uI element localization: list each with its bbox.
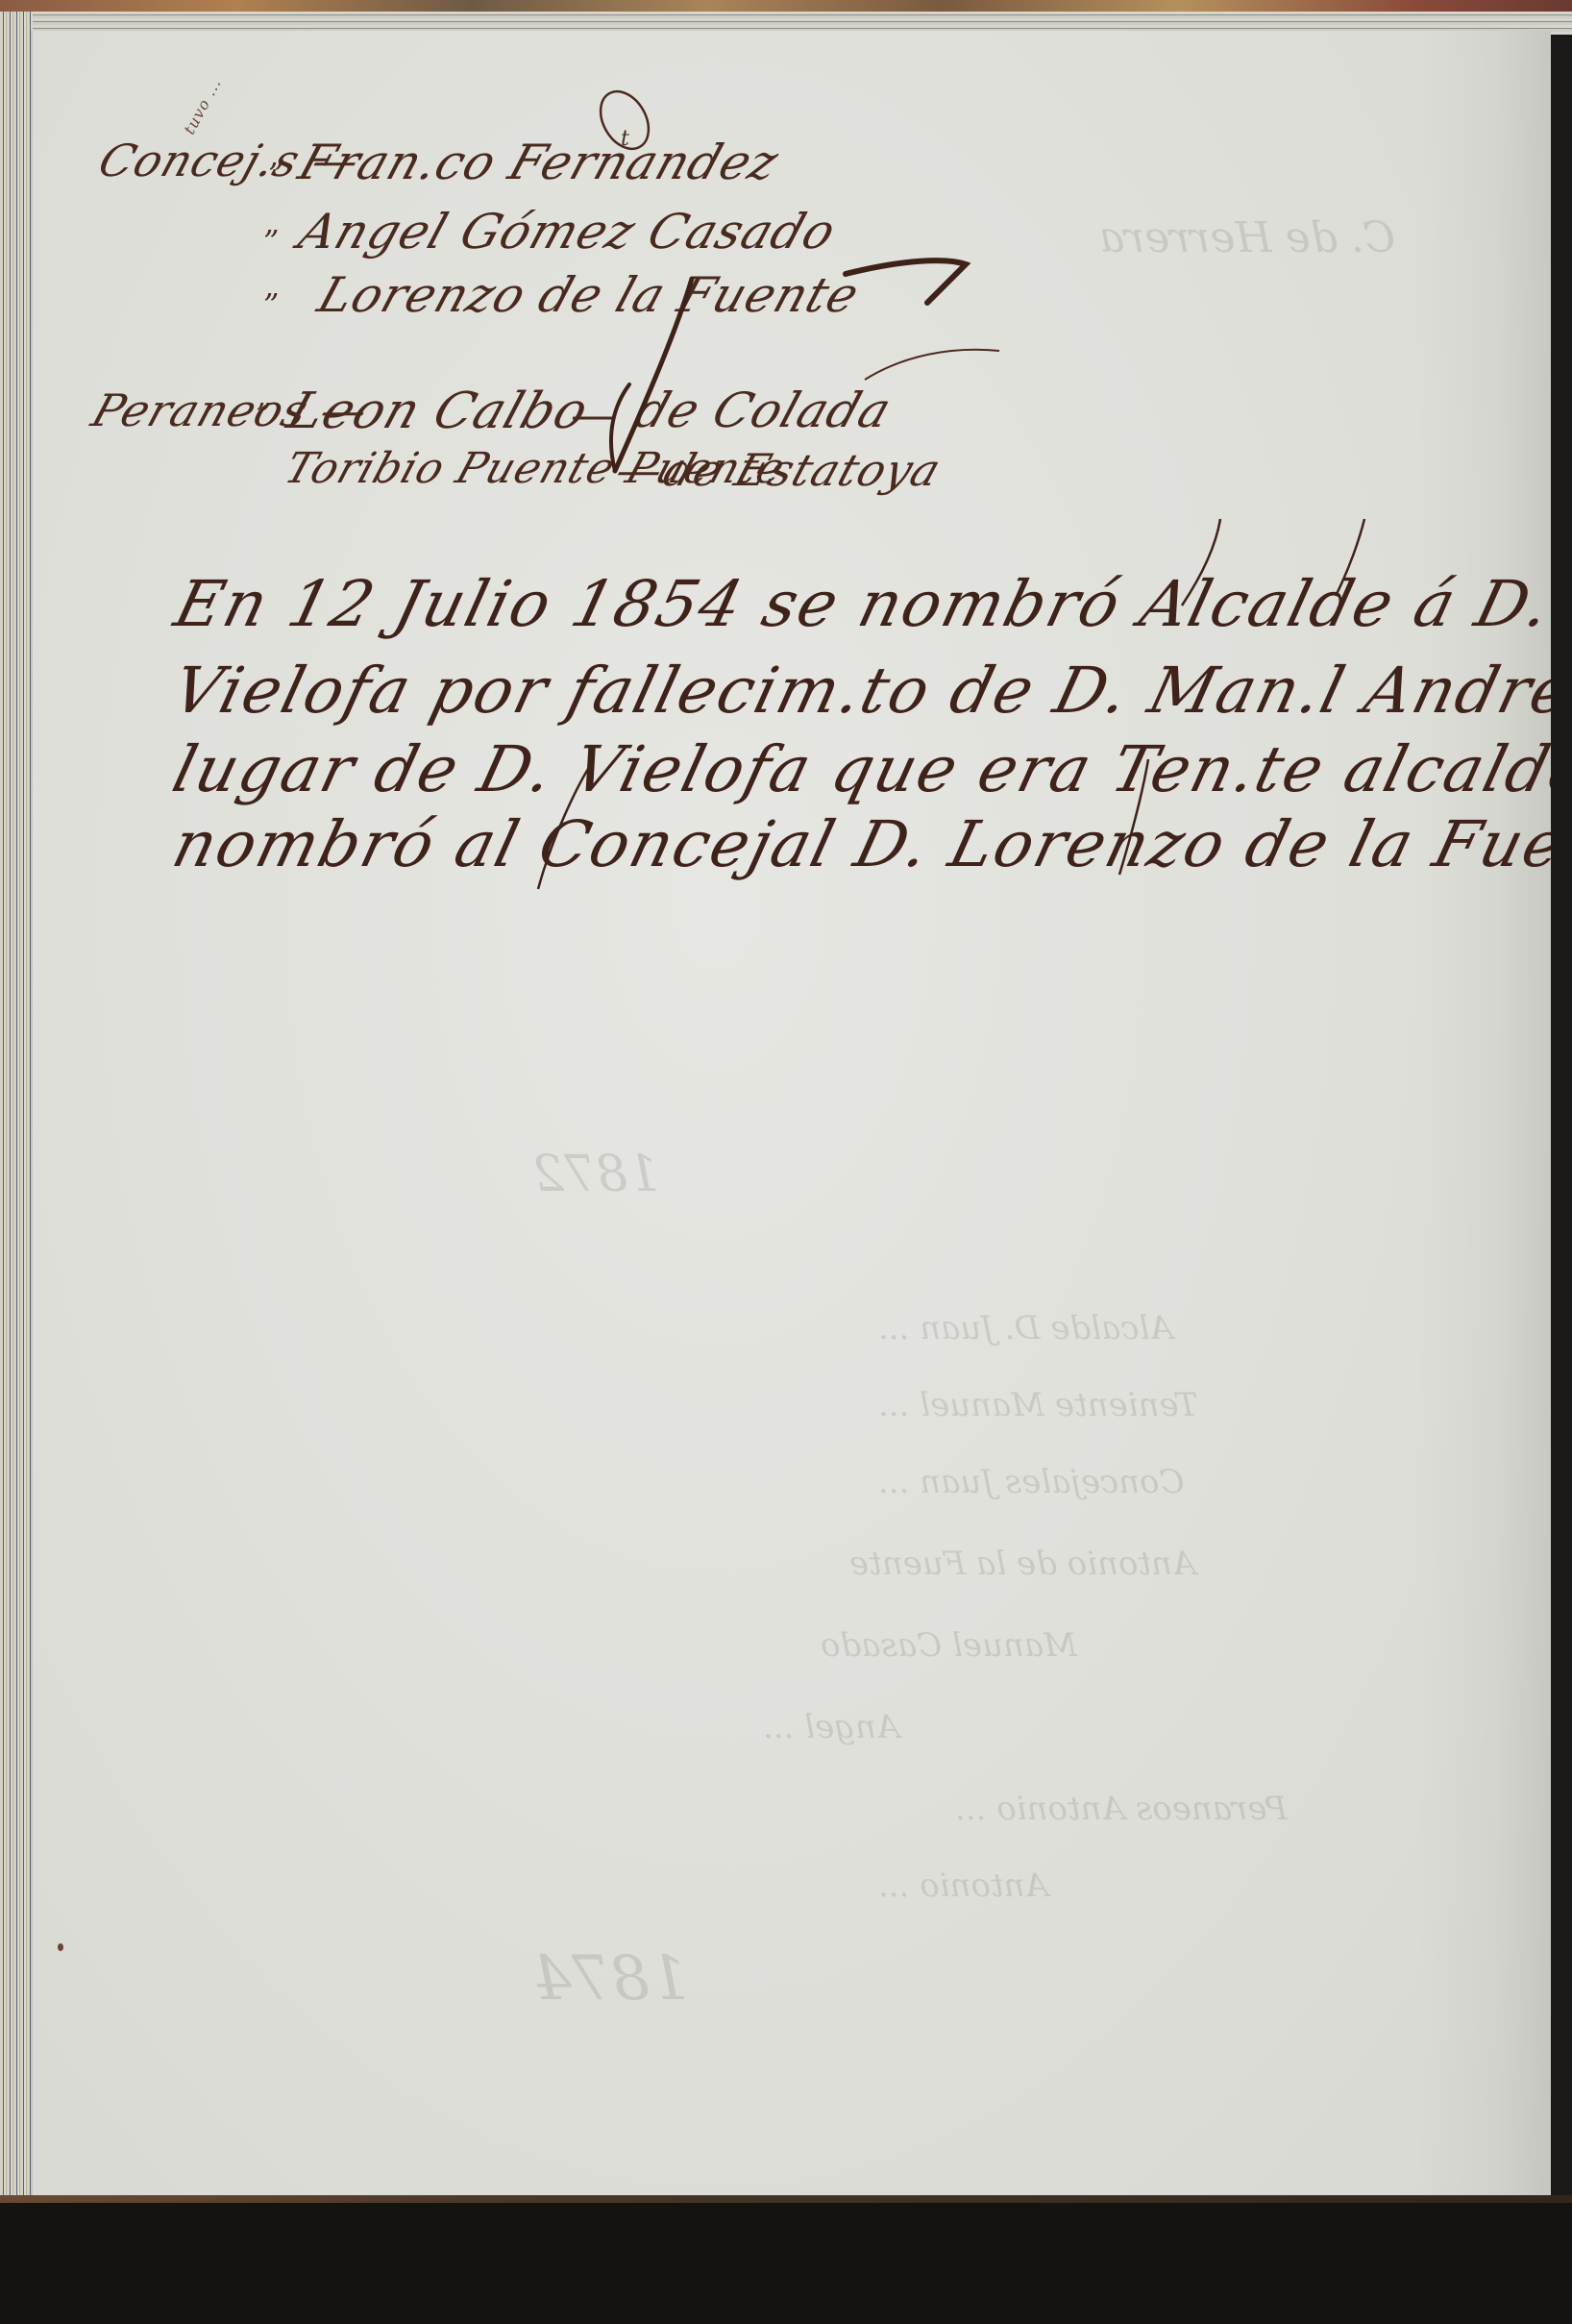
concejal-name: Lorenzo de la Fuente (311, 267, 867, 323)
note-line-1: En 12 Julio 1854 se nombró Alcalde á D. … (167, 567, 1551, 641)
ditto-mark: ” (256, 396, 272, 433)
peraneo-place: de Colada (628, 383, 898, 438)
scan-background (0, 2203, 1572, 2324)
page-curl-shadow (1416, 31, 1551, 2203)
manuscript-page: C. de Herrera 1872 Alcalde D. Juan ... T… (31, 31, 1551, 2203)
bleed-through-year-1: 1872 (532, 1146, 659, 1203)
ditto-mark: ” (263, 286, 280, 323)
note-line-4: nombró al Concejal D. Lorenzo de la Fuen… (165, 807, 1551, 881)
bleed-through-entry: Manuel Casado (821, 1626, 1077, 1665)
ink-speck (58, 1943, 63, 1951)
separator-dash: — (571, 388, 616, 440)
bleed-through-heading: C. de Herrera (1099, 213, 1395, 262)
peraneo-name: Leon Calbo (281, 383, 596, 440)
note-line-3: lugar de D. Vielofa que era Ten.te alcal… (165, 732, 1551, 806)
bleed-through-entry: Concejales Juan ... (878, 1463, 1185, 1501)
concejal-mark: t (621, 127, 630, 151)
peraneo-place: de Estatoya (657, 444, 948, 496)
bleed-through-entry: Antonio de la Fuente (849, 1545, 1196, 1583)
ditto-mark: ” (268, 156, 284, 192)
bleed-through-entry: Teniente Manuel ... (878, 1386, 1198, 1424)
note-line-2: Vielofa por fallecim.to de D. Man.l Andr… (165, 654, 1551, 728)
bleed-through-entry: Alcalde D. Juan ... (878, 1309, 1173, 1347)
page-stack-left-edge (0, 12, 33, 2205)
bleed-through-entry: Angel ... (763, 1708, 899, 1746)
bleed-through-entry: Antonio ... (878, 1867, 1048, 1905)
bleed-through-year-2: 1874 (532, 1943, 689, 2015)
concejal-name: Angel Gómez Casado (292, 204, 844, 260)
concejal-name: Fran.co Fernandez (292, 135, 786, 190)
bleed-through-entry: Peraneos Antonio ... (955, 1790, 1288, 1828)
ditto-mark: ” (263, 223, 280, 260)
marginal-note: tuvo ... (180, 75, 225, 137)
